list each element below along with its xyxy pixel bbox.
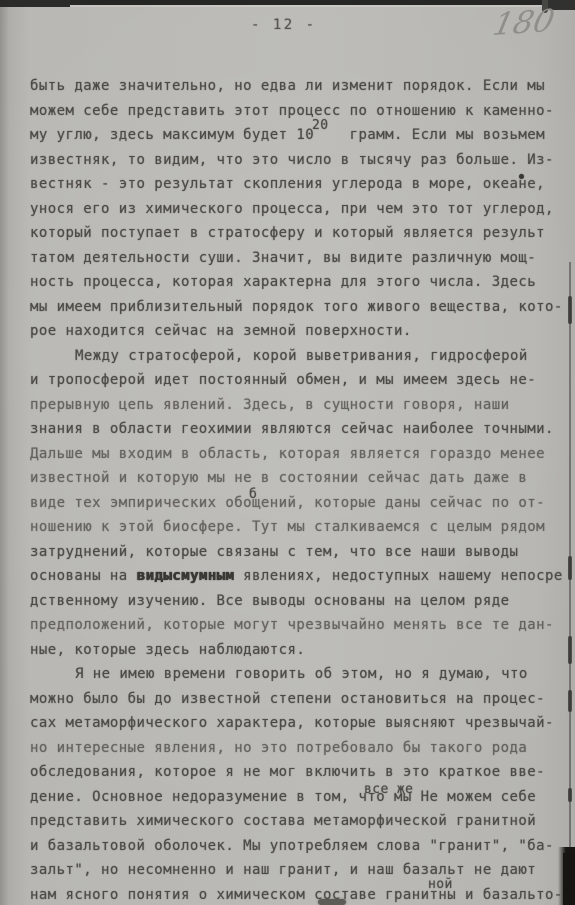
superscript-exponent: 20 [312,119,328,132]
inserted-suffix-noy: ной [428,878,453,891]
inserted-words-vse-zhe: все же [364,783,413,796]
scanned-page: - 12 - 180 быть даже значительно, но едв… [0,0,575,905]
insertions-layer: 20бвсе женой [0,0,575,905]
inserted-letter-b: б [249,488,257,501]
